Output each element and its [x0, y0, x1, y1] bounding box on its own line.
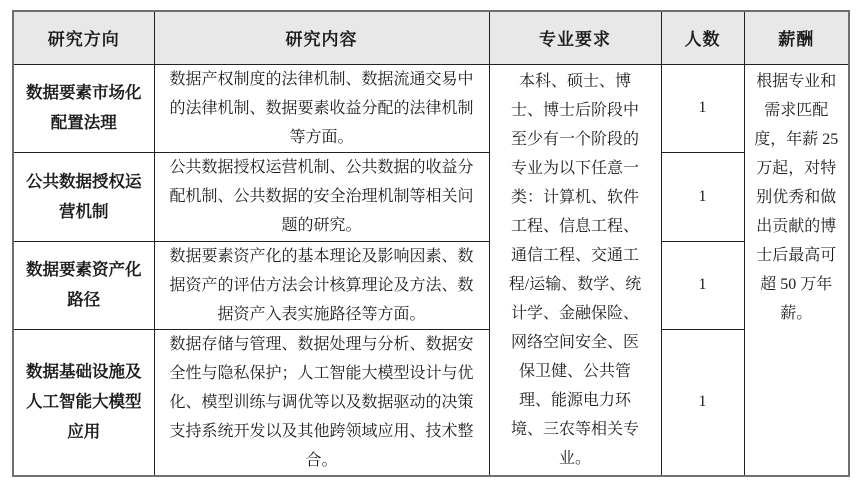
headcount-cell: 1 [661, 64, 744, 152]
column-header-research-direction: 研究方向 [13, 11, 154, 64]
column-header-headcount: 人数 [661, 11, 744, 64]
column-header-major-requirements: 专业要求 [489, 11, 661, 64]
table-row: 数据基础设施及人工智能大模型应用 数据存储与管理、数据处理与分析、数据安全性与隐… [13, 329, 849, 476]
research-direction-cell: 数据要素资产化路径 [13, 241, 154, 329]
recruitment-table-container: 研究方向 研究内容 专业要求 人数 薪酬 数据要素市场化配置法理 数据产权制度的… [12, 10, 850, 477]
headcount-cell: 1 [661, 241, 744, 329]
column-header-salary: 薪酬 [744, 11, 849, 64]
table-header-row: 研究方向 研究内容 专业要求 人数 薪酬 [13, 11, 849, 64]
column-header-research-content: 研究内容 [154, 11, 489, 64]
research-direction-cell: 公共数据授权运营机制 [13, 152, 154, 241]
research-positions-table: 研究方向 研究内容 专业要求 人数 薪酬 数据要素市场化配置法理 数据产权制度的… [12, 10, 850, 477]
research-direction-cell: 数据要素市场化配置法理 [13, 64, 154, 152]
research-direction-cell: 数据基础设施及人工智能大模型应用 [13, 329, 154, 476]
research-content-cell: 数据存储与管理、数据处理与分析、数据安全性与隐私保护；人工智能大模型设计与优化、… [154, 329, 489, 476]
research-content-cell: 公共数据授权运营机制、公共数据的收益分配机制、公共数据的安全治理机制等相关问题的… [154, 152, 489, 241]
table-row: 数据要素市场化配置法理 数据产权制度的法律机制、数据流通交易中的法律机制、数据要… [13, 64, 849, 152]
headcount-cell: 1 [661, 152, 744, 241]
table-row: 数据要素资产化路径 数据要素资产化的基本理论及影响因素、数据资产的评估方法会计核… [13, 241, 849, 329]
salary-cell: 根据专业和需求匹配度，年薪 25 万起，对特别优秀和做出贡献的博士后最高可超 5… [744, 64, 849, 476]
research-content-cell: 数据产权制度的法律机制、数据流通交易中的法律机制、数据要素收益分配的法律机制等方… [154, 64, 489, 152]
research-content-cell: 数据要素资产化的基本理论及影响因素、数据资产的评估方法会计核算理论及方法、数据资… [154, 241, 489, 329]
major-requirements-cell: 本科、硕士、博士、博士后阶段中至少有一个阶段的专业为以下任意一类：计算机、软件工… [489, 64, 661, 476]
headcount-cell: 1 [661, 329, 744, 476]
table-row: 公共数据授权运营机制 公共数据授权运营机制、公共数据的收益分配机制、公共数据的安… [13, 152, 849, 241]
